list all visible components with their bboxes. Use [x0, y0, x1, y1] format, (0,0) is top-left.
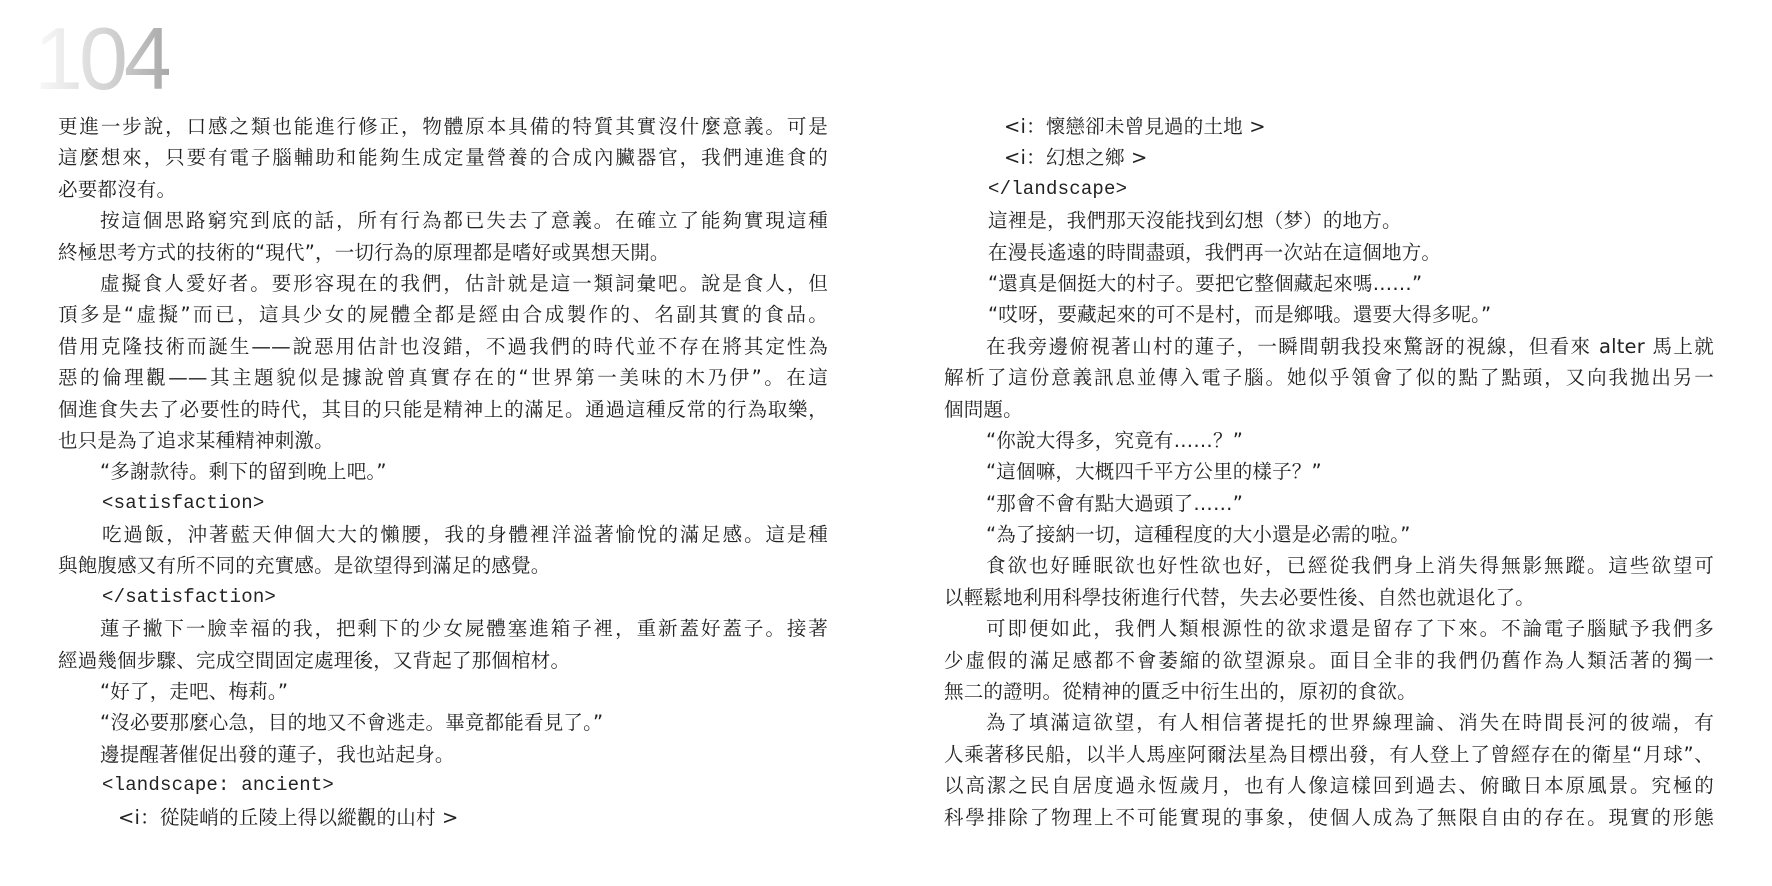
text-line: 虛擬食人愛好者。要形容現在的我們，估計就是這一類詞彙吧。說是食人，但 — [58, 268, 828, 299]
markup-tag-line: <satisfaction> — [58, 488, 828, 519]
text-line: “沒必要那麼心急，目的地又不會逃走。畢竟都能看見了。” — [58, 707, 828, 738]
left-column: 更進一步說，口感之類也能進行修正，物體原本具備的特質其實沒什麼意義。可是這麼想來… — [58, 111, 828, 833]
text-line: 必要都沒有。 — [58, 174, 828, 205]
text-line: 吃過飯，沖著藍天伸個大大的懶腰，我的身體裡洋溢著愉悅的滿足感。這是種 — [58, 519, 828, 550]
text-line: <i：幻想之鄉 > — [944, 142, 1714, 173]
markup-tag-line: <landscape: ancient> — [58, 770, 828, 801]
text-line: “為了接納一切，這種程度的大小還是必需的啦。” — [944, 519, 1714, 550]
text-line: 借用克隆技術而誕生——說惡用估計也沒錯，不過我們的時代並不存在將其定性為 — [58, 331, 828, 362]
text-line: 這麼想來，只要有電子腦輔助和能夠生成定量營養的合成內臟器官，我們連進食的 — [58, 142, 828, 173]
text-line: 在漫長遙遠的時間盡頭，我們再一次站在這個地方。 — [944, 237, 1714, 268]
text-line: 無二的證明。從精神的匱乏中衍生出的，原初的食欲。 — [944, 676, 1714, 707]
text-line: 更進一步說，口感之類也能進行修正，物體原本具備的特質其實沒什麼意義。可是 — [58, 111, 828, 142]
text-line: 以高潔之民自居度過永恆歲月，也有人像這樣回到過去、俯瞰日本原風景。究極的 — [944, 770, 1714, 801]
text-line: 蓮子撇下一臉幸福的我，把剩下的少女屍體塞進箱子裡，重新蓋好蓋子。接著 — [58, 613, 828, 644]
text-line: 以輕鬆地利用科學技術進行代替，失去必要性後、自然也就退化了。 — [944, 582, 1714, 613]
page-number: 104 — [34, 14, 169, 104]
text-line: 邊提醒著催促出發的蓮子，我也站起身。 — [58, 739, 828, 770]
text-line: 可即便如此，我們人類根源性的欲求還是留存了下來。不論電子腦賦予我們多 — [944, 613, 1714, 644]
text-line: “還真是個挺大的村子。要把它整個藏起來嗎……” — [944, 268, 1714, 299]
text-line: “哎呀，要藏起來的可不是村，而是鄉哦。還要大得多呢。” — [944, 299, 1714, 330]
text-line: 食欲也好睡眠欲也好性欲也好，已經從我們身上消失得無影無蹤。這些欲望可 — [944, 550, 1714, 581]
text-line: 頂多是“虛擬”而已，這具少女的屍體全都是經由合成製作的、名副其實的食品。 — [58, 299, 828, 330]
text-line: 個問題。 — [944, 394, 1714, 425]
markup-tag-line: </satisfaction> — [58, 582, 828, 613]
text-line: “那會不會有點大過頭了……” — [944, 488, 1714, 519]
text-line: 個進食失去了必要性的時代，其目的只能是精神上的滿足。通過這種反常的行為取樂， — [58, 394, 828, 425]
markup-tag-line: </landscape> — [944, 174, 1714, 205]
text-line: 解析了這份意義訊息並傳入電子腦。她似乎領會了似的點了點頭，又向我拋出另一 — [944, 362, 1714, 393]
text-line: 在我旁邊俯視著山村的蓮子，一瞬間朝我投來驚訝的視線，但看來 alter 馬上就 — [944, 331, 1714, 362]
text-line: 少虛假的滿足感都不會萎縮的欲望源泉。面目全非的我們仍舊作為人類活著的獨一 — [944, 645, 1714, 676]
text-line: 人乘著移民船，以半人馬座阿爾法星為目標出發，有人登上了曾經存在的衛星“月球”、 — [944, 739, 1714, 770]
text-line: <i：從陡峭的丘陵上得以縱觀的山村 > — [58, 802, 828, 833]
text-line: 這裡是，我們那天沒能找到幻想（梦）的地方。 — [944, 205, 1714, 236]
text-line: 為了填滿這欲望，有人相信著提托的世界線理論、消失在時間長河的彼端，有 — [944, 707, 1714, 738]
text-line: “你說大得多，究竟有……？” — [944, 425, 1714, 456]
text-line: 經過幾個步驟、完成空間固定處理後，又背起了那個棺材。 — [58, 645, 828, 676]
text-line: 也只是為了追求某種精神刺激。 — [58, 425, 828, 456]
text-line: <i：懷戀卻未曾見過的土地 > — [944, 111, 1714, 142]
text-line: “多謝款待。剩下的留到晚上吧。” — [58, 456, 828, 487]
text-line: “這個嘛，大概四千平方公里的樣子？” — [944, 456, 1714, 487]
text-line: “好了，走吧、梅莉。” — [58, 676, 828, 707]
text-line: 惡的倫理觀——其主題貌似是據說曾真實存在的“世界第一美味的木乃伊”。在這 — [58, 362, 828, 393]
text-line: 按這個思路窮究到底的話，所有行為都已失去了意義。在確立了能夠實現這種 — [58, 205, 828, 236]
text-line: 與飽腹感又有所不同的充實感。是欲望得到滿足的感覺。 — [58, 550, 828, 581]
right-column: <i：懷戀卻未曾見過的土地 ><i：幻想之鄉 ></landscape>這裡是，… — [944, 111, 1714, 833]
text-line: 科學排除了物理上不可能實現的事象，使個人成為了無限自由的存在。現實的形態 — [944, 802, 1714, 833]
text-line: 終極思考方式的技術的“現代”，一切行為的原理都是嗜好或異想天開。 — [58, 237, 828, 268]
